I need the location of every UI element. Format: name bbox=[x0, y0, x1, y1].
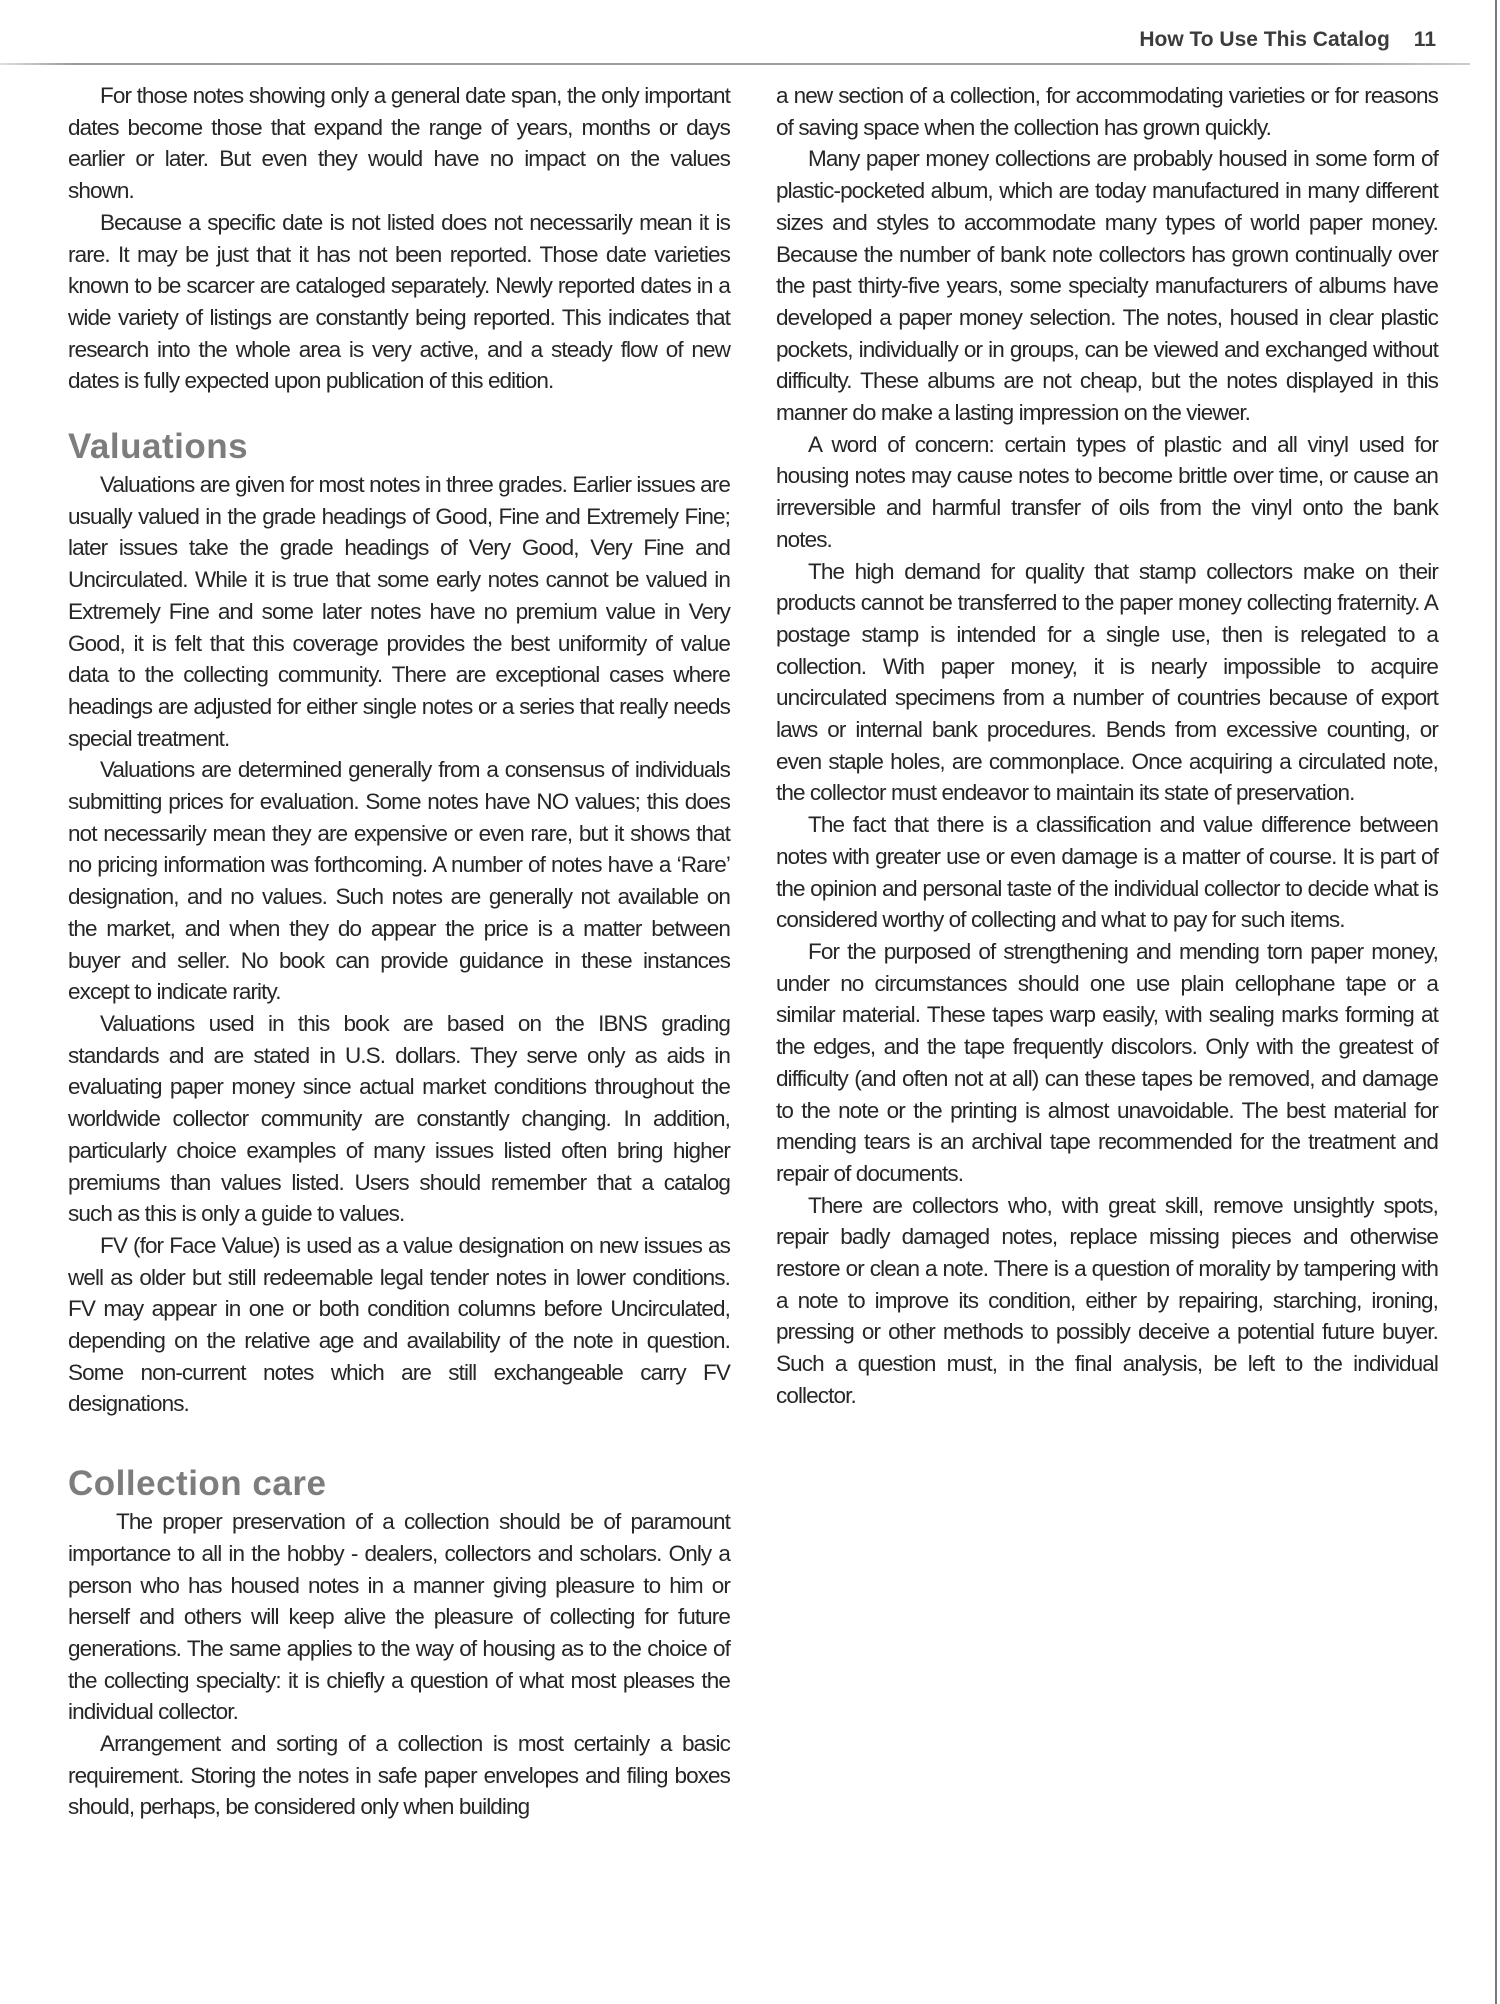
page-number: 11 bbox=[1414, 28, 1436, 52]
paragraph-continued: a new section of a collection, for accom… bbox=[776, 80, 1438, 143]
paragraph: A word of concern: certain types of plas… bbox=[776, 429, 1438, 556]
paragraph: For the purposed of strengthening and me… bbox=[776, 936, 1438, 1190]
section-heading-valuations: Valuations bbox=[68, 425, 730, 469]
paragraph: The proper preservation of a collection … bbox=[68, 1506, 730, 1728]
paragraph: Valuations used in this book are based o… bbox=[68, 1008, 730, 1230]
paragraph: Valuations are given for most notes in t… bbox=[68, 469, 730, 754]
header-rule bbox=[0, 63, 1470, 65]
paragraph: Arrangement and sorting of a collection … bbox=[68, 1728, 730, 1823]
right-column: a new section of a collection, for accom… bbox=[776, 80, 1438, 1412]
paragraph: Valuations are determined generally from… bbox=[68, 754, 730, 1008]
paragraph: The fact that there is a classification … bbox=[776, 809, 1438, 936]
paragraph: FV (for Face Value) is used as a value d… bbox=[68, 1230, 730, 1420]
section-heading-collection-care: Collection care bbox=[68, 1462, 730, 1506]
paragraph: For those notes showing only a general d… bbox=[68, 80, 730, 207]
page-edge-shadow bbox=[1495, 0, 1497, 2004]
section-title: How To Use This Catalog bbox=[1139, 28, 1389, 52]
paragraph: There are collectors who, with great ski… bbox=[776, 1190, 1438, 1412]
paragraph: Because a specific date is not listed do… bbox=[68, 207, 730, 397]
running-header: How To Use This Catalog 11 bbox=[1139, 28, 1436, 52]
left-column: For those notes showing only a general d… bbox=[68, 80, 730, 1823]
paragraph: The high demand for quality that stamp c… bbox=[776, 556, 1438, 810]
paragraph: Many paper money collections are probabl… bbox=[776, 143, 1438, 428]
